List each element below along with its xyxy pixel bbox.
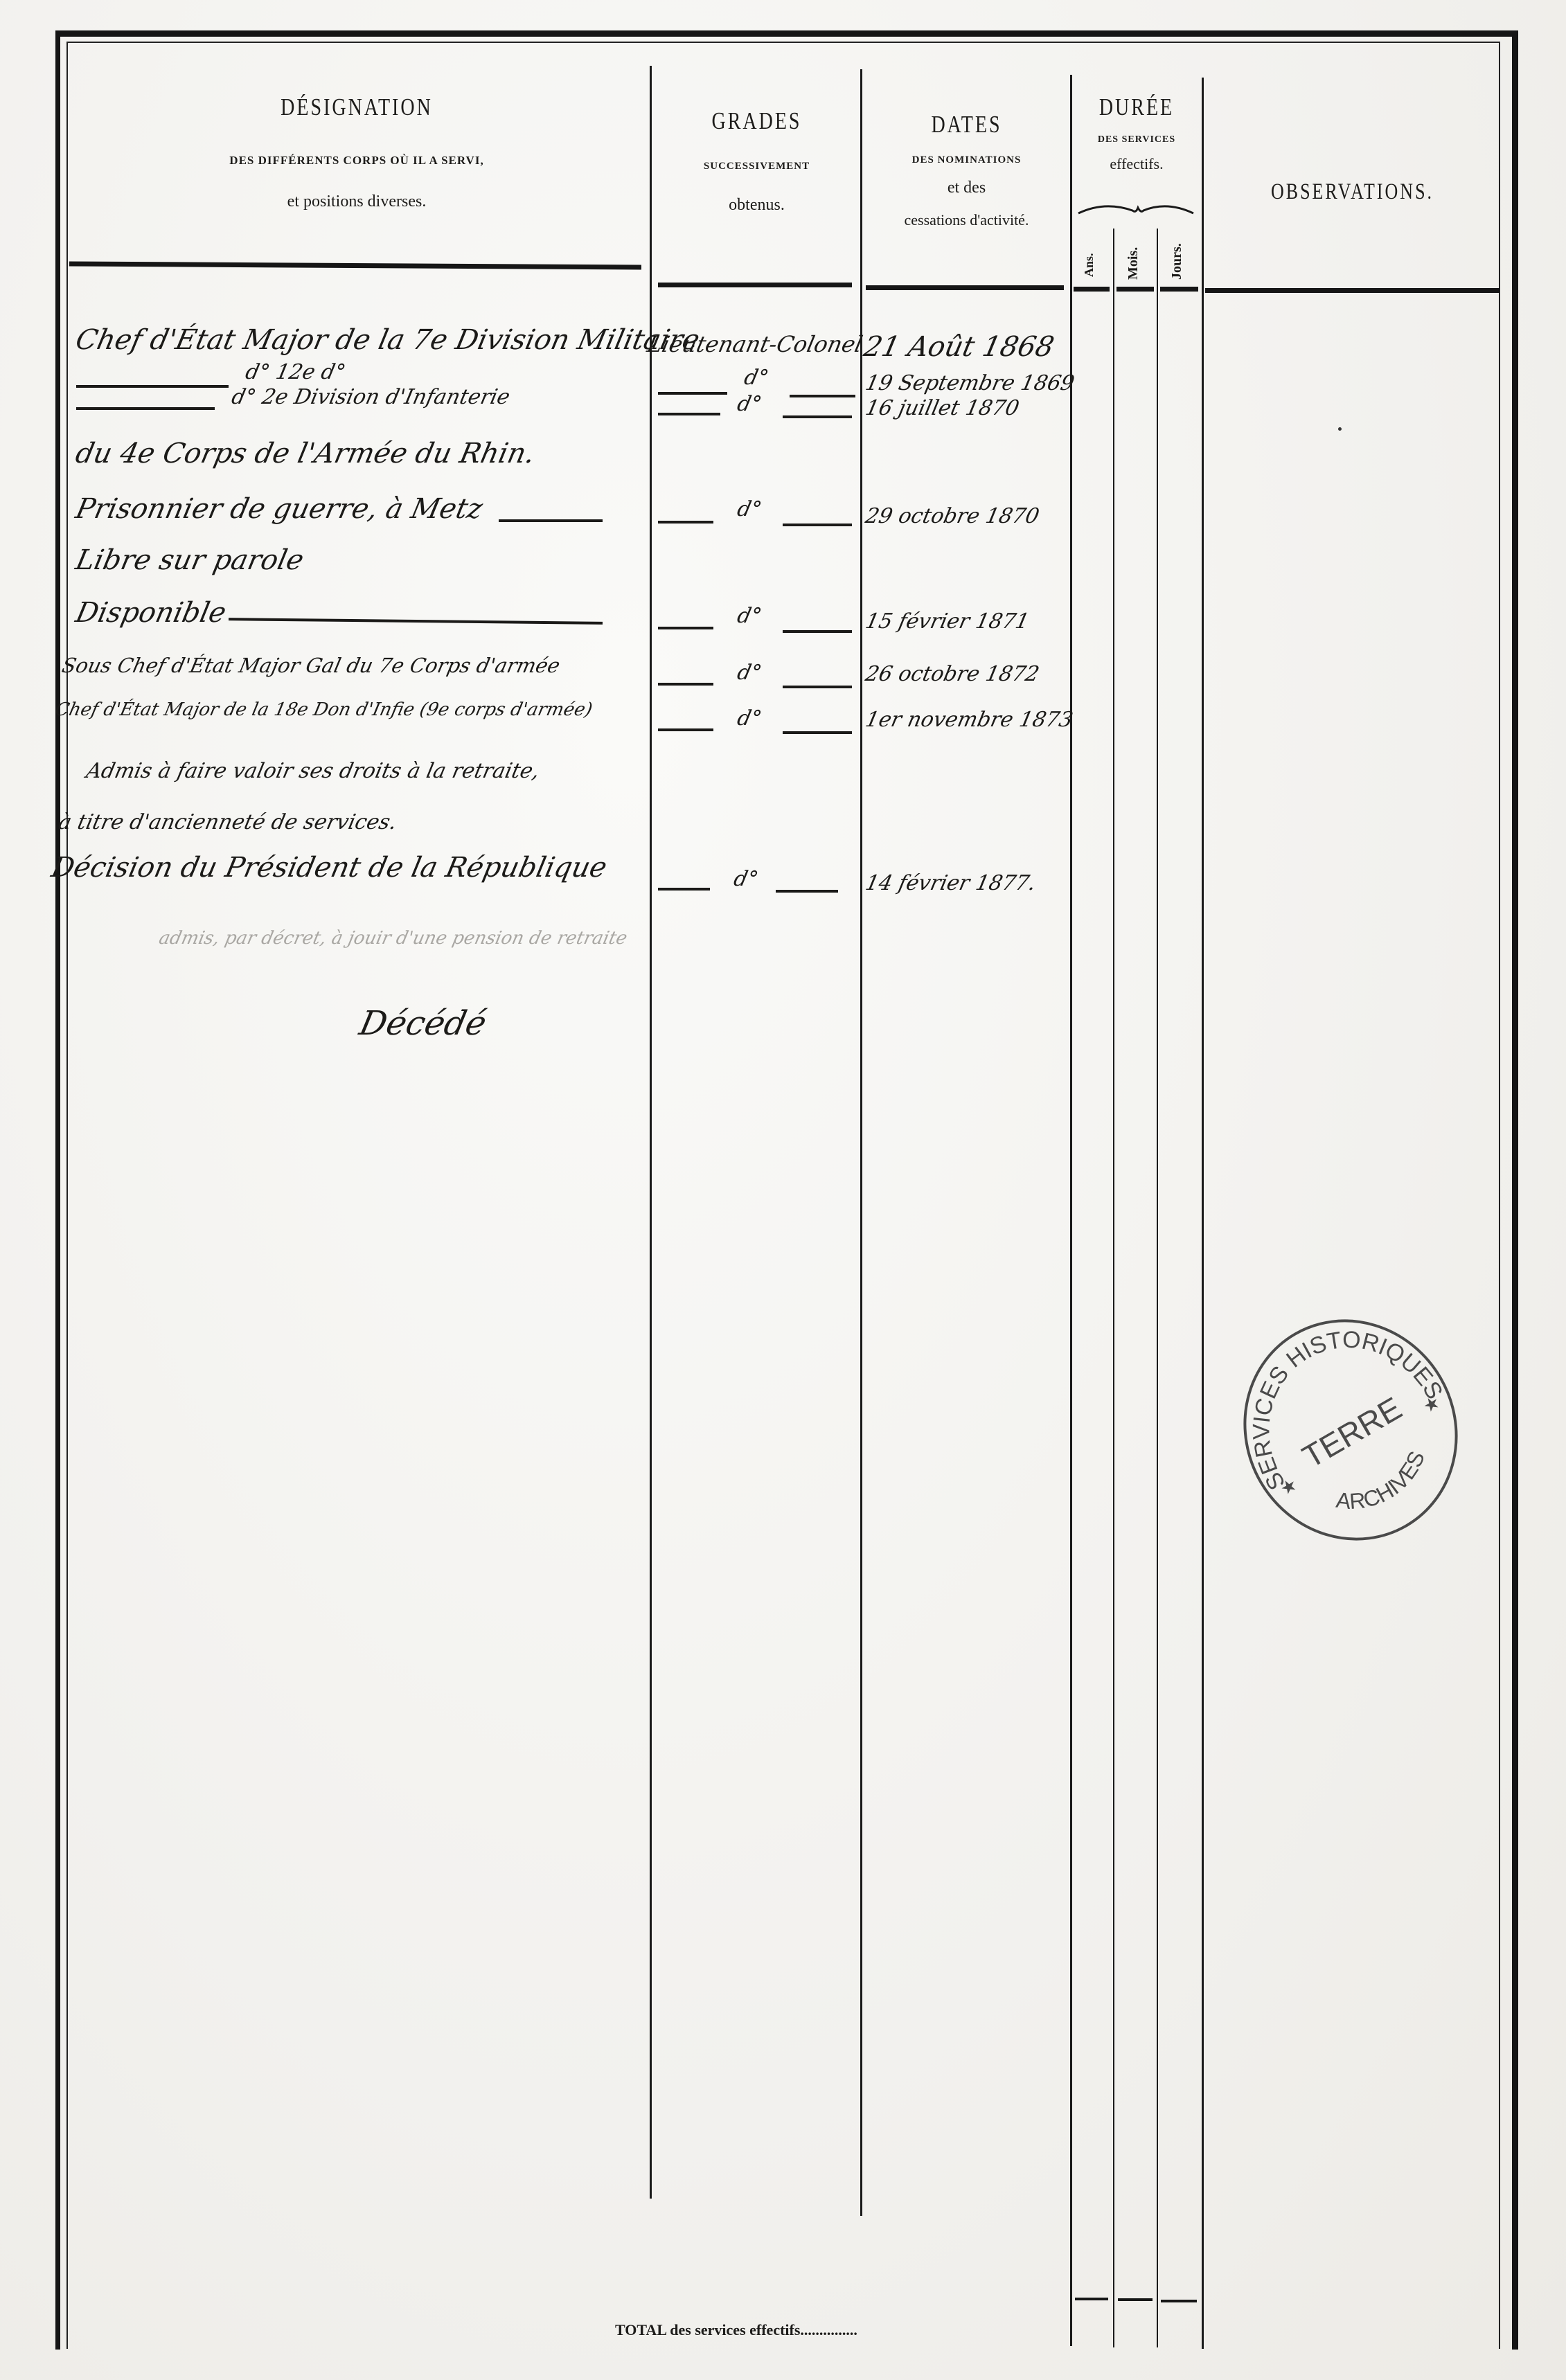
entry-designation: Sous Chef d'État Major Gal du 7e Corps d… [60, 654, 562, 677]
stamp-center-text: TERRE [1296, 1390, 1407, 1475]
total-rule-ans [1075, 2298, 1108, 2300]
column-divider-designation-grades [650, 66, 652, 2199]
ditto-dash [783, 731, 852, 734]
ditto-dash [783, 415, 852, 418]
entry-designation: d° 12e d° [243, 360, 348, 384]
ditto-dash [658, 627, 713, 629]
header-designation-note: et positions diverses. [69, 193, 644, 211]
header-observations: OBSERVATIONS. [1205, 181, 1500, 202]
column-divider-mois-jours [1157, 229, 1158, 2347]
ditto-dash [658, 413, 720, 415]
entry-designation: Admis à faire valoir ses droits à la ret… [84, 759, 542, 783]
header-grades-title: GRADES [655, 108, 859, 136]
header-duree-title: DURÉE [1072, 94, 1201, 122]
faint-pencil-note: admis, par décret, à jouir d'une pension… [157, 928, 630, 949]
ditto-dash [658, 521, 713, 524]
total-rule-mois [1118, 2298, 1153, 2301]
header-designation-title: DÉSIGNATION [69, 94, 644, 122]
column-divider-dates-duree [1070, 75, 1072, 2346]
ditto-dash [499, 519, 603, 522]
header-mois: Mois. [1125, 220, 1141, 280]
header-dates: DATES DES NOMINATIONS et des cessations … [864, 114, 1069, 229]
ditto-dash [783, 524, 852, 526]
header-dates-line3: et des [864, 179, 1069, 197]
entry-designation: Chef d'État Major de la 7e Division Mili… [73, 324, 702, 356]
ditto-dash [790, 395, 855, 397]
entry-date: 29 octobre 1870 [863, 504, 1041, 528]
entry-date: 16 juillet 1870 [863, 396, 1021, 420]
total-services-label: TOTAL des services effectifs............… [615, 2321, 857, 2339]
header-observations-title: OBSERVATIONS. [1205, 179, 1500, 205]
ditto-dash [776, 890, 838, 893]
header-designation-subtitle: DES DIFFÉRENTS CORPS OÙ IL A SERVI, [69, 154, 644, 168]
entry-date: 14 février 1877. [863, 871, 1038, 895]
header-rule-mois [1116, 287, 1154, 292]
ditto-dash [658, 392, 727, 395]
header-rule-observations [1205, 288, 1500, 293]
header-rule-jours [1160, 287, 1198, 292]
ditto-dash [76, 407, 215, 410]
entry-date: 26 octobre 1872 [863, 662, 1041, 686]
entry-designation: Disponible [73, 597, 229, 629]
ditto-dash [783, 686, 852, 688]
entry-date: 19 Septembre 1869 [863, 371, 1076, 395]
header-grades-note: obtenus. [655, 196, 859, 215]
header-grades-subtitle: SUCCESSIVEMENT [655, 161, 859, 172]
entry-date: 21 Août 1868 [861, 331, 1057, 363]
header-dates-title: DATES [864, 111, 1069, 139]
header-rule-ans [1074, 287, 1110, 292]
column-divider-ans-mois [1113, 229, 1114, 2347]
deceased-note: Décédé [356, 1004, 490, 1043]
entry-designation: Chef d'État Major de la 18e Don d'Infie … [53, 699, 594, 720]
entry-grade: Lieutenant-Colonel [645, 331, 865, 357]
ditto-dash [76, 385, 229, 388]
column-divider-grades-dates [860, 69, 862, 2216]
header-grades: GRADES SUCCESSIVEMENT obtenus. [655, 111, 859, 215]
column-divider-duree-observations [1202, 78, 1204, 2349]
entry-designation: du 4e Corps de l'Armée du Rhin. [73, 438, 537, 469]
entry-designation: à titre d'ancienneté de services. [56, 810, 399, 834]
entry-designation: d° 2e Division d'Infanterie [229, 385, 512, 409]
total-leader-dots: ............... [800, 2321, 857, 2338]
entry-designation: Décision du Président de la République [48, 852, 610, 884]
ditto-dash [658, 683, 713, 686]
header-designation: DÉSIGNATION DES DIFFÉRENTS CORPS OÙ IL A… [69, 97, 644, 211]
entry-designation: Prisonnier de guerre, à Metz [73, 493, 486, 525]
header-jours: Jours. [1169, 222, 1185, 280]
entry-date: 15 février 1871 [863, 609, 1031, 634]
header-ans: Ans. [1082, 229, 1096, 277]
header-rule-dates [866, 285, 1064, 290]
observation-mark [1338, 427, 1342, 431]
header-dates-subtitle: DES NOMINATIONS [864, 154, 1069, 166]
header-dates-line4: cessations d'activité. [864, 211, 1069, 229]
total-label-text: TOTAL des services effectifs [615, 2321, 800, 2338]
ditto-dash [658, 728, 713, 731]
header-rule-grades [658, 283, 852, 287]
entry-designation: Libre sur parole [73, 544, 306, 576]
entry-date: 1er novembre 1873 [863, 708, 1075, 732]
header-duree-note: effectifs. [1072, 155, 1201, 173]
header-duree: DURÉE DES SERVICES effectifs. [1072, 97, 1201, 173]
header-duree-brace-icon [1077, 201, 1195, 217]
total-rule-jours [1161, 2300, 1197, 2302]
header-duree-subtitle: DES SERVICES [1072, 134, 1201, 145]
ditto-dash [658, 888, 710, 891]
ditto-dash [783, 630, 852, 633]
